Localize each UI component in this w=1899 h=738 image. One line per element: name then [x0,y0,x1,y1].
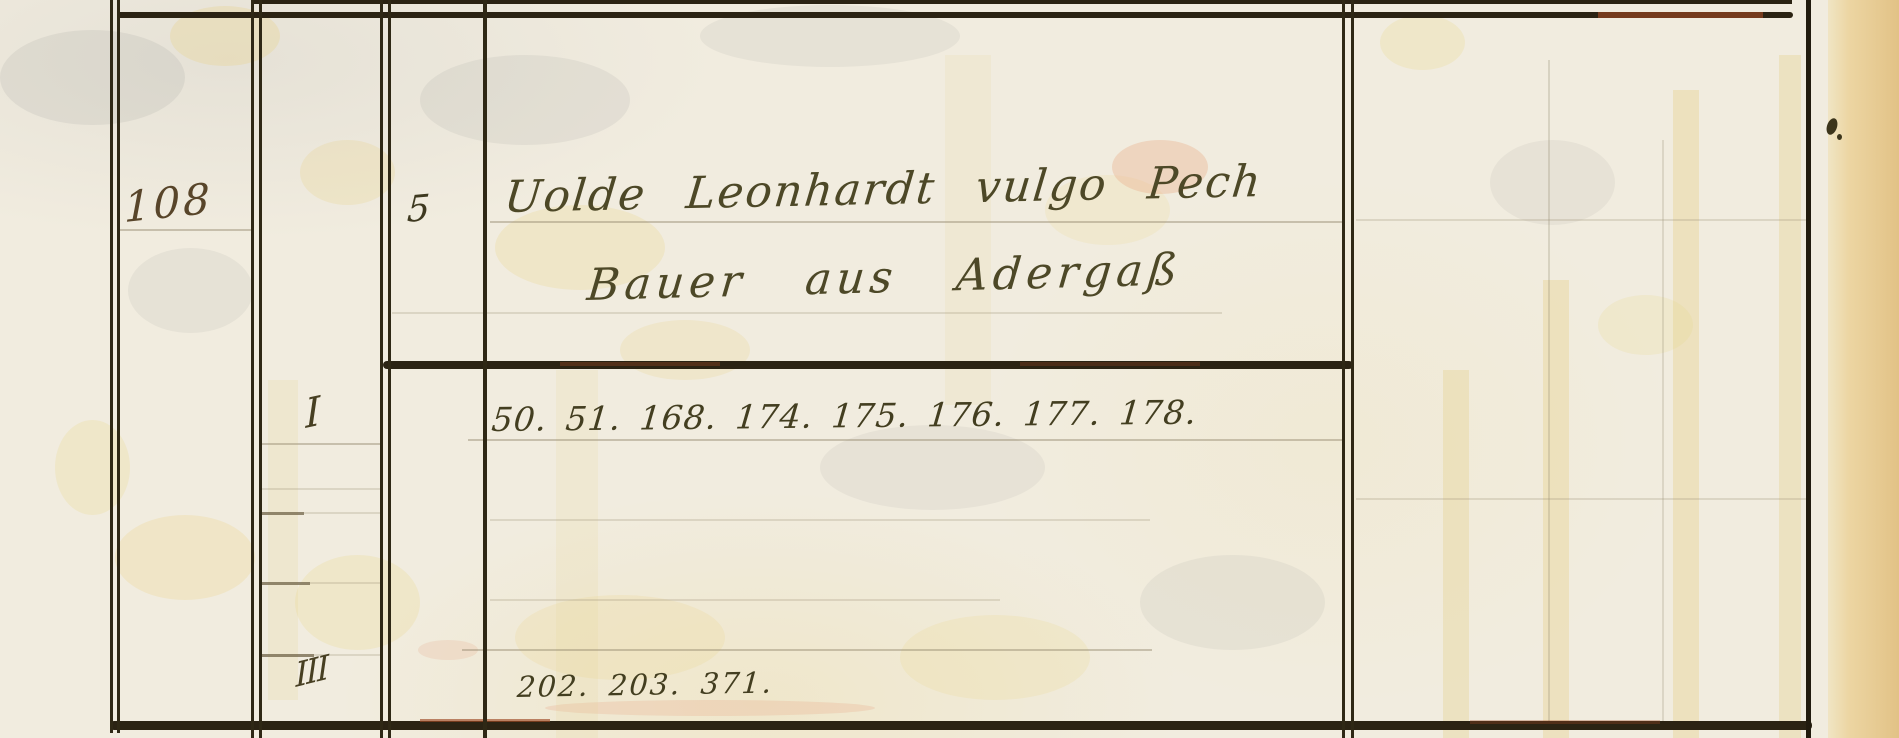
faint-rule [490,221,1342,223]
paper-stain [620,320,750,380]
column-divider-3 [380,0,383,738]
scanned-ledger-page: 108 5 Uolde Leonhardt vulgo Pech Bauer a… [0,0,1899,738]
margin-column-band [1443,370,1469,738]
house-number: 5 [406,188,431,231]
top-border-red-tinge [1598,12,1763,18]
paper-stain [115,515,255,600]
paper-stain [1490,140,1615,225]
faint-rule [1356,219,1806,221]
column-divider-4 [483,0,487,738]
paper-streak [945,55,991,405]
paper-streak [268,380,298,700]
faint-rule [304,512,380,514]
entry-numeral-III: III [295,647,329,695]
faint-rule [262,488,380,490]
column-divider-1b [117,0,120,733]
column-divider-2 [251,0,254,738]
divider-red-tinge [560,362,720,366]
column-divider-5b [1351,0,1354,738]
page-right-rule [1806,0,1811,738]
faint-rule [262,443,380,445]
margin-hairline [1662,140,1664,730]
margin-column-band [1673,90,1699,738]
paper-stain [1380,15,1465,70]
faint-rule [310,582,380,584]
entry-references-I: 50. 51. 168. 174. 175. 176. 177. 178. [490,393,1199,439]
folio-number: 108 [124,173,213,232]
faint-rule [1356,498,1806,500]
faint-rule [468,439,1342,441]
section-divider-line [383,361,1353,369]
page-edge-band [1828,0,1899,738]
margin-column-band [1543,280,1569,738]
ink-blot [1837,134,1842,140]
bottom-border-red-tinge [1470,720,1660,724]
faint-rule [462,649,1152,651]
faint-rule [262,512,304,515]
column-divider-2b [259,0,262,738]
faint-rule [262,582,310,585]
paper-stain [1140,555,1325,650]
faint-rule [490,519,1150,521]
entry-numeral-I: I [304,388,321,438]
origin-line: Bauer aus Adergaß [585,244,1185,311]
paper-stain [900,615,1090,700]
paper-stain [0,30,185,125]
column-divider-5 [1342,0,1345,738]
entry-references-III: 202. 203. 371. [516,665,774,704]
margin-column-band [1779,55,1801,738]
paper-stain [420,55,630,145]
faint-rule [392,312,1222,314]
paper-stain [820,425,1045,510]
margin-hairline [1548,60,1550,730]
column-divider-3b [388,0,391,738]
paper-stain [295,555,420,650]
table-top-border [117,12,1793,18]
faint-rule [490,599,1000,601]
column-divider-1 [110,0,113,733]
divider-red-tinge [1020,362,1200,366]
paper-stain [128,248,253,333]
